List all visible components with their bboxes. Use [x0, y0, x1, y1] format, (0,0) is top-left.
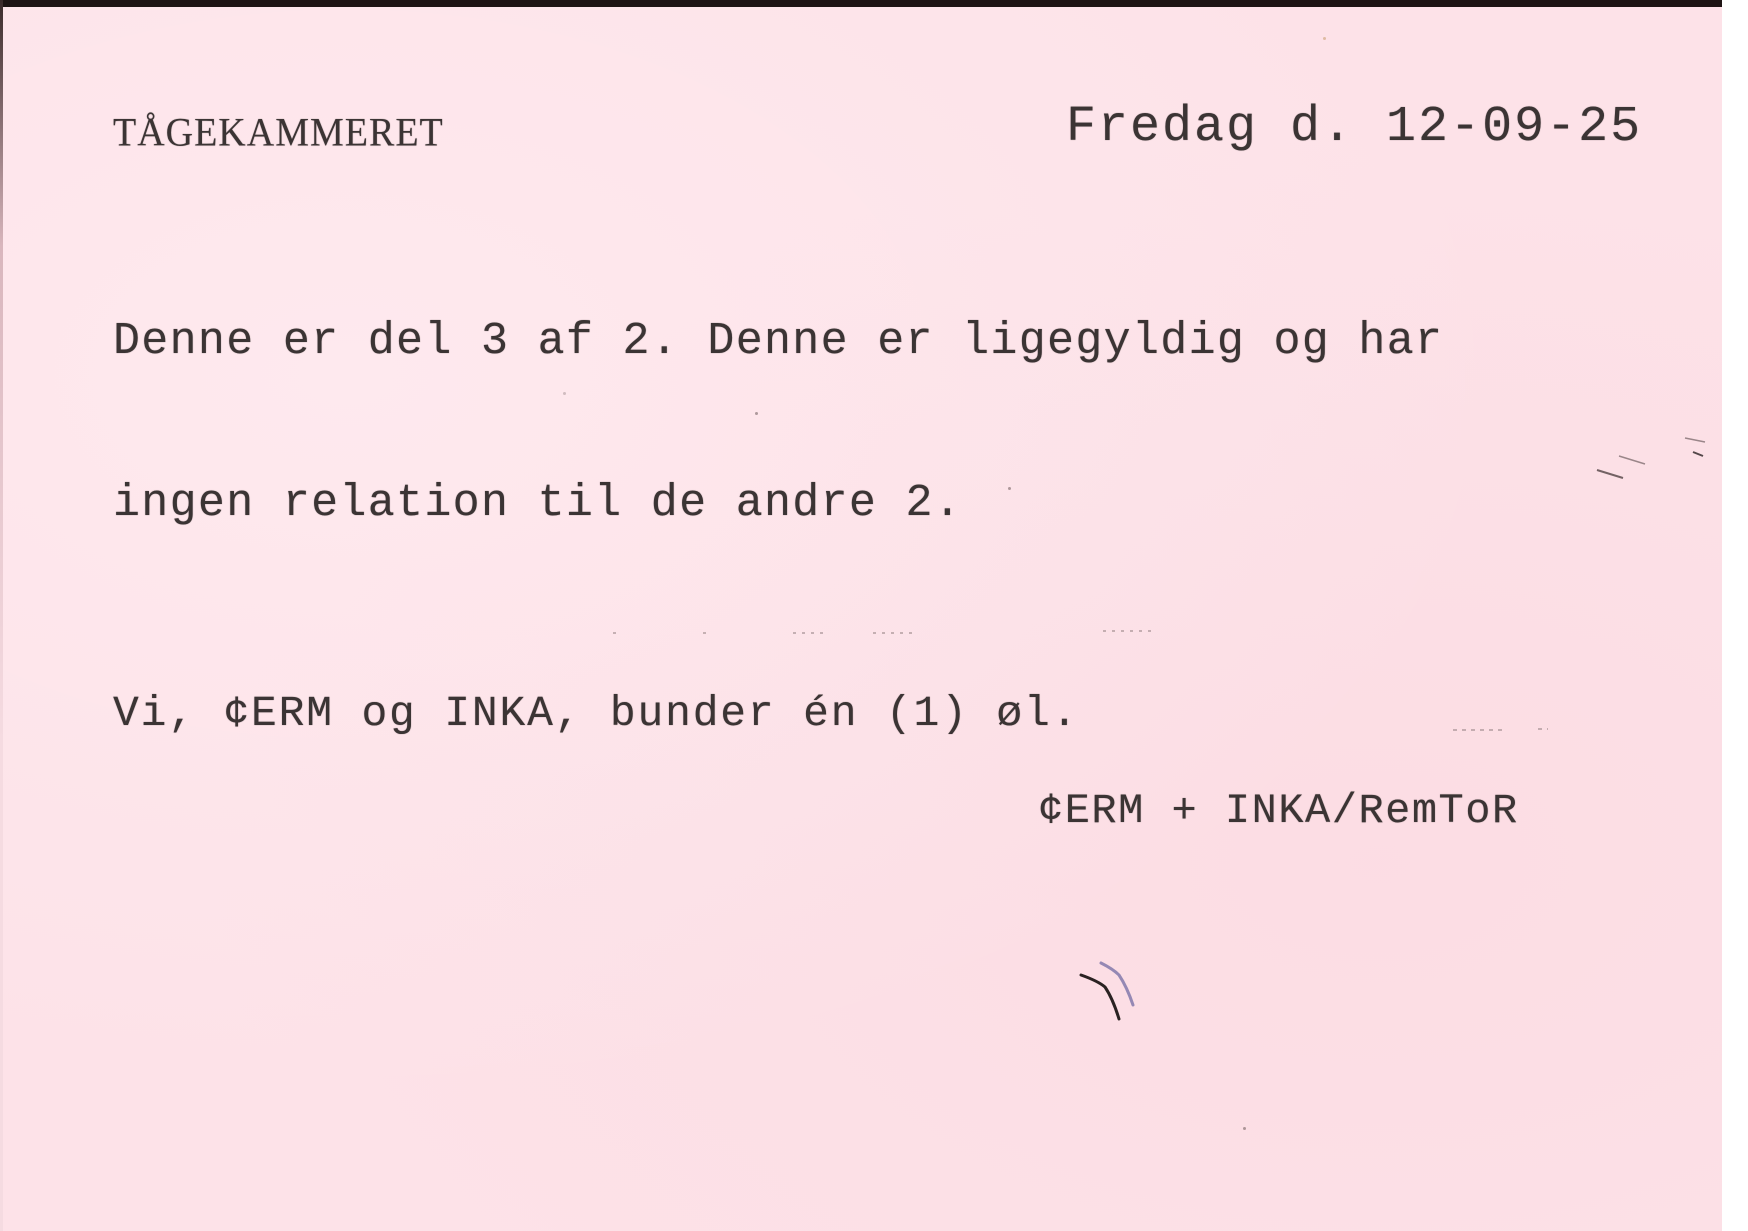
document-date: Fredag d. 12-09-25	[1066, 99, 1642, 156]
dash-artifact	[1453, 725, 1553, 735]
pen-stroke-marks	[1073, 957, 1153, 1037]
speck	[1323, 37, 1326, 40]
body-line-2: ingen relation til de andre 2.	[113, 477, 1443, 531]
scan-top-edge	[0, 0, 1722, 7]
statement-line: Vi, ¢ERM og INKA, bunder én (1) øl.	[113, 689, 1079, 738]
scanned-document: TÅGEKAMMERET Fredag d. 12-09-25 Denne er…	[0, 0, 1748, 1231]
organization-name: TÅGEKAMMERET	[113, 110, 444, 156]
signature-line: ¢ERM + INKA/RemToR	[1038, 787, 1519, 835]
body-text: Denne er del 3 af 2. Denne er ligegyldig…	[113, 207, 1443, 639]
speck	[1008, 487, 1011, 490]
dotted-scan-artifact	[613, 627, 1233, 639]
scan-left-edge	[0, 0, 3, 1231]
paper-card: TÅGEKAMMERET Fredag d. 12-09-25 Denne er…	[3, 7, 1722, 1231]
edge-scratch-marks	[1593, 432, 1723, 502]
speck	[755, 412, 758, 415]
body-line-1: Denne er del 3 af 2. Denne er ligegyldig…	[113, 315, 1443, 369]
speck	[563, 392, 566, 395]
speck	[1243, 1127, 1246, 1130]
